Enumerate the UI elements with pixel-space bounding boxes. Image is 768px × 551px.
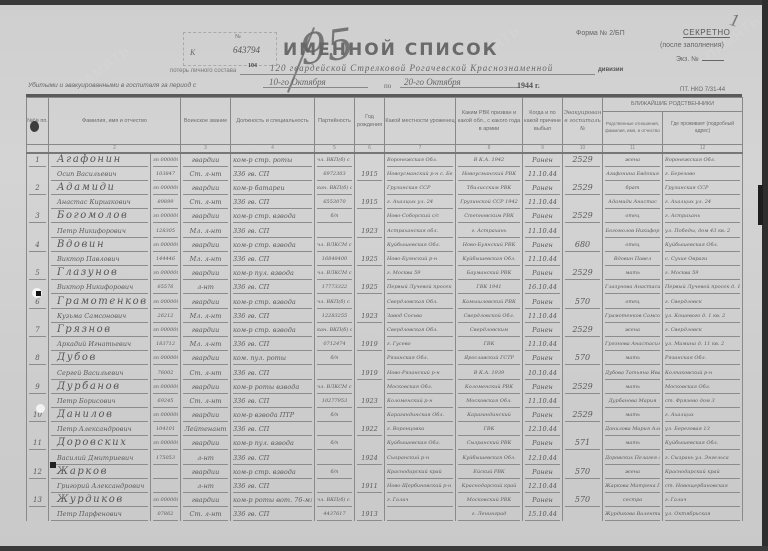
- table-row: 7Грязновзп 000000гвардииком-р стр. взвод…: [27, 323, 743, 337]
- cell-year: 1915: [355, 167, 385, 181]
- rvk-text: Московский РВК: [458, 494, 520, 507]
- code-text: 104101: [153, 423, 178, 436]
- rvk-text: Ярославский ГСТР: [458, 352, 520, 365]
- cell-num: 4: [27, 238, 49, 252]
- table-row: Петр Борисович69245Ст. л-нт336 гв. СП102…: [27, 394, 743, 408]
- party-text: [317, 452, 352, 465]
- cell-year: [355, 408, 385, 422]
- cell-relative: мать: [603, 380, 663, 394]
- num-text: [29, 226, 46, 238]
- cell-rank: Мл. л-нт: [181, 252, 231, 266]
- cell-rvk: Коломенский РВК: [456, 380, 523, 394]
- relative-text: Жаркова Матрена Петровна: [605, 480, 660, 493]
- year-text: [357, 495, 382, 507]
- hospital-text: [565, 424, 600, 436]
- relative-text: Дурбанова Мария: [605, 395, 660, 408]
- col-header-birth-year: Год рождения: [355, 98, 385, 145]
- when-text: 15.10.44: [525, 508, 560, 521]
- cell-relative: мать: [603, 408, 663, 422]
- num-text: [29, 254, 46, 266]
- rank-text: гвардии: [183, 381, 228, 394]
- cell-party: б/п: [315, 465, 355, 479]
- party-text: б/п: [317, 437, 352, 450]
- cell-hospital: 570: [563, 294, 603, 308]
- year-text: [357, 382, 382, 394]
- code-text: зп 000000: [153, 437, 178, 450]
- position-text: 336 гв. СП: [233, 367, 312, 380]
- cell-position: 336 гв. СП: [231, 450, 315, 464]
- cell-party: чл. ВЛКСМ с 1939: [315, 238, 355, 252]
- address-text: ст. Новощербиновская: [665, 480, 740, 493]
- rank-text: л-нт: [183, 480, 228, 493]
- cell-hospital: [563, 252, 603, 266]
- rvk-text: Бауманский РВК: [458, 267, 520, 280]
- code-text: 69245: [153, 395, 178, 408]
- year-text: 1915: [357, 196, 382, 209]
- cell-rvk: г. Ленинград: [456, 507, 523, 521]
- address-text: Грузинская ССР: [665, 182, 740, 195]
- birthplace-text: Карагандинская Обл.: [387, 409, 453, 422]
- year-text: 1924: [357, 452, 382, 465]
- col-header-num: №№ пп.: [27, 98, 49, 145]
- birthplace-text: Сызранский р-н: [387, 452, 453, 465]
- party-text: [317, 367, 352, 380]
- code-text: зп 000000: [153, 324, 178, 337]
- cell-num: [27, 309, 49, 323]
- cell-birthplace: Сызранский р-н: [385, 450, 456, 464]
- cell-address: Первый Лучевой просек д. 15/16 кв. 45: [663, 280, 743, 294]
- relative-text: Богомолов Никифор: [605, 225, 660, 238]
- position-text: 336 гв. СП: [233, 508, 312, 521]
- cell-year: 1915: [355, 195, 385, 209]
- cell-position: 336 гв. СП: [231, 195, 315, 209]
- col-num: 3: [181, 145, 231, 153]
- cell-code: 175053: [151, 450, 181, 464]
- cell-year: 1925: [355, 280, 385, 294]
- cell-birthplace: Свердловская Обл.: [385, 323, 456, 337]
- cell-rank: Ст. л-нт: [181, 394, 231, 408]
- birthplace-text: Первый Лучевой просек дом 15/16: [387, 281, 453, 294]
- cell-rvk: Степновским РВК: [456, 209, 523, 223]
- hospital-text: 2529: [565, 182, 600, 195]
- rvk-text: Московская Обл.: [458, 395, 520, 408]
- cell-num: [27, 479, 49, 493]
- cell-year: 1919: [355, 337, 385, 351]
- cell-rvk: Камышловский РВК: [456, 294, 523, 308]
- when-text: Ранен: [525, 182, 560, 195]
- relative-text: Журдикова Валентина Парфеновна: [605, 508, 660, 521]
- cell-year: [355, 153, 385, 167]
- num-text: [29, 424, 46, 436]
- cell-rank: гвардии: [181, 351, 231, 365]
- rvk-text: Новоусманский РВК: [458, 168, 520, 181]
- cell-rvk: Куйбышевская Обл.: [456, 450, 523, 464]
- cell-rvk: ГВК: [456, 422, 523, 436]
- cell-position: 336 гв. СП: [231, 507, 315, 521]
- relative-text: мать: [605, 381, 660, 394]
- position-text: ком-р стр. взвода: [233, 324, 312, 337]
- ink-blot: [50, 462, 56, 468]
- cell-relative: отец: [603, 209, 663, 223]
- cell-birthplace: г. Галич: [385, 493, 456, 507]
- cell-num: [27, 223, 49, 237]
- birthplace-text: Свердловская Обл.: [387, 324, 453, 337]
- year-label: 1944 г.: [517, 81, 540, 90]
- cell-position: ком-р стр. взвода: [231, 209, 315, 223]
- surname-text: Дубов: [51, 352, 148, 365]
- given-name-text: Анастас Кириакович: [51, 196, 148, 209]
- cell-when: Ранен: [523, 493, 563, 507]
- year-text: [357, 211, 382, 223]
- address-text: Краснодарский край: [665, 466, 740, 479]
- year-text: 1915: [357, 168, 382, 181]
- ink-blot: [30, 121, 39, 132]
- cell-rank: Ст. л-нт: [181, 167, 231, 181]
- form-number: Форма № 2/БП: [576, 30, 625, 37]
- address-text: г. Ахалцых: [665, 409, 740, 422]
- cell-birthplace: Свердловская Обл.: [385, 294, 456, 308]
- code-text: 76002: [153, 367, 178, 380]
- address-text: г. Сызрань ул. Энгельса: [665, 452, 740, 465]
- given-name-text: Григорий Александрович: [51, 480, 148, 493]
- cell-birthplace: г. Гусево: [385, 337, 456, 351]
- position-text: ком-р взвода ПТР: [233, 409, 312, 422]
- cell-birthplace: Ново-Щербиновский р-н: [385, 479, 456, 493]
- cell-position: ком-р роты вот. 76-мм: [231, 493, 315, 507]
- when-text: Ранен: [525, 267, 560, 280]
- rank-text: л-нт: [183, 281, 228, 294]
- relative-text: Грамотенков Самсон Тимофеевич: [605, 310, 660, 323]
- cell-address: ст. Фрязево дом 3: [663, 394, 743, 408]
- col-num: 5: [315, 145, 355, 153]
- rank-text: гвардии: [183, 324, 228, 337]
- cell-rvk: Краснодарский край: [456, 479, 523, 493]
- cell-year: [355, 465, 385, 479]
- year-text: [357, 353, 382, 365]
- cell-relative: Доровских Пелагея Андреевна: [603, 450, 663, 464]
- rank-text: гвардии: [183, 296, 228, 309]
- code-text: 26212: [153, 310, 178, 323]
- cell-given-name: Петр Александрович: [49, 422, 151, 436]
- cell-rank: л-нт: [181, 450, 231, 464]
- cell-rvk: В К.А. 1939: [456, 365, 523, 379]
- rvk-text: ГВК: [458, 423, 520, 436]
- when-text: 11.10.44: [525, 310, 560, 323]
- address-text: г. Москва 59: [665, 267, 740, 280]
- position-text: 336 гв. СП: [233, 310, 312, 323]
- cell-party: [315, 422, 355, 436]
- year-text: [357, 155, 382, 167]
- when-text: 11.10.44: [525, 338, 560, 351]
- cell-party: [315, 223, 355, 237]
- cell-birthplace: Завод Сосьва: [385, 309, 456, 323]
- when-text: Ранен: [525, 324, 560, 337]
- table-row: Василий Дмитриевич175053л-нт336 гв. СП 1…: [27, 450, 743, 464]
- cell-address: Рязанская Обл.: [663, 351, 743, 365]
- cell-birthplace: Московская Обл.: [385, 380, 456, 394]
- cell-rvk: Московская Обл.: [456, 394, 523, 408]
- cell-when: Ранен: [523, 209, 563, 223]
- copy-number: Экз. №: [676, 56, 724, 63]
- surname-text: Адамиди: [51, 182, 148, 195]
- party-text: [317, 480, 352, 493]
- table-row: Аркадий Игнатьевич183712Мл. л-нт336 гв. …: [27, 337, 743, 351]
- cell-rvk: Свердловской Обл.: [456, 309, 523, 323]
- cell-surname: Журдиков: [49, 493, 151, 507]
- cell-num: [27, 252, 49, 266]
- num-text: [29, 368, 46, 380]
- cell-relative: Дубова Татьяна Ивановна: [603, 365, 663, 379]
- position-text: ком-р стр. взвода: [233, 296, 312, 309]
- cell-position: 336 гв. СП: [231, 252, 315, 266]
- when-text: 12.10.44: [525, 423, 560, 436]
- cell-hospital: [563, 450, 603, 464]
- cell-surname: Данилов: [49, 408, 151, 422]
- cell-relative: мать: [603, 436, 663, 450]
- cell-address: Воронежская Обл.: [663, 153, 743, 167]
- position-text: 336 гв. СП: [233, 253, 312, 266]
- hospital-text: [565, 509, 600, 521]
- cell-given-name: Виктор Павлович: [49, 252, 151, 266]
- cell-year: 1925: [355, 252, 385, 266]
- rvk-text: Краснодарский край: [458, 480, 520, 493]
- cell-address: г. Ахалцых ул. 24: [663, 195, 743, 209]
- cell-given-name: Кузьма Самсонович: [49, 309, 151, 323]
- rvk-text: г. Ленинград: [458, 508, 520, 521]
- cell-address: ул. Мамина д. 11 кв. 2: [663, 337, 743, 351]
- col-num: 10: [563, 145, 603, 153]
- cell-relative: сестра: [603, 493, 663, 507]
- rank-text: гвардии: [183, 437, 228, 450]
- cell-given-name: Виктор Никифорович: [49, 280, 151, 294]
- code-text: 128305: [153, 225, 178, 238]
- cell-birthplace: Первый Лучевой просек дом 15/16: [385, 280, 456, 294]
- when-text: 11.10.44: [525, 395, 560, 408]
- code-text: 144446: [153, 253, 178, 266]
- cell-address: ул. Кошевого д. 1 кв. 2: [663, 309, 743, 323]
- relative-text: отец: [605, 210, 660, 223]
- num-text: [29, 169, 46, 181]
- when-text: Ранен: [525, 494, 560, 507]
- cell-rvk: В К.А. 1942: [456, 153, 523, 167]
- year-text: 1923: [357, 225, 382, 238]
- surname-text: Данилов: [51, 409, 148, 422]
- hospital-text: [565, 254, 600, 266]
- cell-rank: л-нт: [181, 479, 231, 493]
- cell-party: б/п: [315, 436, 355, 450]
- rvk-text: Ново-Буянский РВК: [458, 239, 520, 252]
- cell-birthplace: Воронежская Обл.: [385, 153, 456, 167]
- cell-when: Ранен: [523, 465, 563, 479]
- hospital-text: 680: [565, 239, 600, 252]
- cell-rank: Ст. л-нт: [181, 507, 231, 521]
- cell-relative: жена: [603, 153, 663, 167]
- cell-code: зп 000000: [151, 323, 181, 337]
- cell-when: 15.10.44: [523, 507, 563, 521]
- year-text: [357, 268, 382, 280]
- cell-hospital: 680: [563, 238, 603, 252]
- table-row: 13Журдиковзп 000000гвардииком-р роты вот…: [27, 493, 743, 507]
- cell-hospital: 571: [563, 436, 603, 450]
- rank-text: гвардии: [183, 466, 228, 479]
- cell-num: 2: [27, 181, 49, 195]
- cell-year: [355, 209, 385, 223]
- position-text: 336 гв. СП: [233, 281, 312, 294]
- surname-text: Глазунов: [51, 267, 148, 280]
- cell-rank: гвардии: [181, 380, 231, 394]
- party-text: 17773322: [317, 281, 352, 294]
- code-text: зп 000000: [153, 267, 178, 280]
- table-body: 1Агафонинзп 000000гвардииком-р стр. роты…: [27, 153, 743, 522]
- rvk-text: г. Астрахань: [458, 225, 520, 238]
- when-text: Ранен: [525, 154, 560, 167]
- losses-label: потерь личного состава: [170, 68, 236, 74]
- cell-address: ул. Октябрьская: [663, 507, 743, 521]
- relative-text: сестра: [605, 494, 660, 507]
- binding-mark: [758, 185, 763, 225]
- cell-address: Краснодарский край: [663, 465, 743, 479]
- cell-address: Грузинская ССР: [663, 181, 743, 195]
- cell-birthplace: Коломенский р-н: [385, 394, 456, 408]
- cell-rank: Ст. л-нт: [181, 365, 231, 379]
- relative-text: мать: [605, 437, 660, 450]
- cell-rvk: Ейский РВК: [456, 465, 523, 479]
- when-text: 12.10.44: [525, 452, 560, 465]
- num-text: 2: [29, 182, 46, 195]
- party-text: 12283255: [317, 310, 352, 323]
- when-text: 11.10.44: [525, 196, 560, 209]
- cell-hospital: 2529: [563, 209, 603, 223]
- hospital-text: 570: [565, 352, 600, 365]
- cell-surname: Дубов: [49, 351, 151, 365]
- cell-year: [355, 266, 385, 280]
- code-text: 07862: [153, 508, 178, 521]
- address-text: ул. Победы, дом 43 кв. 2: [665, 225, 740, 238]
- birthplace-text: Грузинская ССР: [387, 182, 453, 195]
- cell-when: 12.10.44: [523, 422, 563, 436]
- cell-position: ком-р взвода ПТР: [231, 408, 315, 422]
- rvk-text: Коломенский РВК: [458, 381, 520, 394]
- hospital-text: [565, 396, 600, 408]
- col-header-party: Партийность: [315, 98, 355, 145]
- cell-birthplace: Ново-Рязанский р-н: [385, 365, 456, 379]
- cell-num: 8: [27, 351, 49, 365]
- address-text: ул. Мамина д. 11 кв. 2: [665, 338, 740, 351]
- cell-num: 1: [27, 153, 49, 167]
- code-text: зп 000000: [153, 239, 178, 252]
- address-text: г. Березово: [665, 168, 740, 181]
- party-text: чл. ВЛКСМ с 1942: [317, 381, 352, 394]
- cell-address: ул. Победы, дом 43 кв. 2: [663, 223, 743, 237]
- cell-code: 65576: [151, 280, 181, 294]
- relative-text: мать: [605, 409, 660, 422]
- when-text: 11.10.44: [525, 253, 560, 266]
- cell-given-name: Григорий Александрович: [49, 479, 151, 493]
- cell-party: чл. ВЛКСМ с 1942: [315, 380, 355, 394]
- num-text: 7: [29, 324, 46, 337]
- rvk-text: Свердловской Обл.: [458, 310, 520, 323]
- surname-text: Дурбанов: [51, 381, 148, 394]
- cell-birthplace: Астраханская обл.: [385, 223, 456, 237]
- surname-text: Доровских: [51, 437, 148, 450]
- relative-text: жена: [605, 154, 660, 167]
- cell-year: [355, 323, 385, 337]
- position-text: ком-р стр. роты: [233, 154, 312, 167]
- cell-relative: брат: [603, 181, 663, 195]
- cell-code: зп 000000: [151, 238, 181, 252]
- scan-edge-top: [0, 0, 768, 5]
- cell-position: ком-р пул. взвода: [231, 436, 315, 450]
- num-text: [29, 481, 46, 493]
- position-text: ком-р стр. взвода: [233, 466, 312, 479]
- cell-given-name: Анастас Кириакович: [49, 195, 151, 209]
- cell-year: 1911: [355, 479, 385, 493]
- cell-rank: Мл. л-нт: [181, 337, 231, 351]
- code-text: 65576: [153, 281, 178, 294]
- num-text: [29, 197, 46, 209]
- when-text: Ранен: [525, 239, 560, 252]
- cell-rvk: Ново-Буянский РВК: [456, 238, 523, 252]
- position-text: 336 гв. СП: [233, 338, 312, 351]
- col-header-hospital: Эвакуирован в госпиталь №: [563, 98, 603, 145]
- hospital-text: [565, 282, 600, 294]
- cell-rank: гвардии: [181, 408, 231, 422]
- cell-year: 1919: [355, 365, 385, 379]
- hospital-text: [565, 481, 600, 493]
- table-row: Петр Парфенович07862Ст. л-нт336 гв. СП44…: [27, 507, 743, 521]
- year-text: [357, 297, 382, 309]
- cell-address: с. Сухие Овраги: [663, 252, 743, 266]
- birthplace-text: Ново-Рязанский р-н: [387, 367, 453, 380]
- cell-address: ул. Береговая 13: [663, 422, 743, 436]
- cell-party: 16848400: [315, 252, 355, 266]
- cell-relative: отец: [603, 294, 663, 308]
- col-header-relative-name: Родственные отношения, фамилия, имя, и о…: [603, 112, 663, 145]
- cell-year: [355, 436, 385, 450]
- cell-birthplace: Куйбышевская Обл.: [385, 238, 456, 252]
- cell-address: г. Сызрань ул. Энгельса: [663, 450, 743, 464]
- table-row: 2Адамидизп 000000гвардииком-р батареикан…: [27, 181, 743, 195]
- num-text: 11: [29, 437, 46, 450]
- cell-hospital: 2529: [563, 266, 603, 280]
- relative-text: отец: [605, 239, 660, 252]
- birthplace-text: Ново-Буянский р-н: [387, 253, 453, 266]
- address-text: Колпаковский р-н: [665, 367, 740, 380]
- cell-party: чл. ВКП(б) с 1941: [315, 294, 355, 308]
- cell-rvk: Грузинской ССР 1942: [456, 195, 523, 209]
- cell-code: зп 000000: [151, 351, 181, 365]
- num-text: 1: [29, 154, 46, 167]
- birthplace-text: Московская Обл.: [387, 381, 453, 394]
- address-text: г. Свердловск: [665, 296, 740, 309]
- cell-when: 11.10.44: [523, 309, 563, 323]
- scan-edge-right: [762, 0, 768, 551]
- party-text: чл. ВЛКСМ с 1939: [317, 239, 352, 252]
- cell-code: зп 000000: [151, 153, 181, 167]
- table-row: 8Дубовзп 000000гвардииком. пул. ротыб/п …: [27, 351, 743, 365]
- birthplace-text: Краснодарский край: [387, 466, 453, 479]
- cell-num: 11: [27, 436, 49, 450]
- cell-hospital: [563, 507, 603, 521]
- cell-code: зп 000000: [151, 181, 181, 195]
- cell-hospital: [563, 167, 603, 181]
- given-name-text: Кузьма Самсонович: [51, 310, 148, 323]
- cell-num: [27, 422, 49, 436]
- cell-rank: Мл. л-нт: [181, 223, 231, 237]
- hospital-text: 570: [565, 466, 600, 479]
- cell-given-name: Осип Васильевич: [49, 167, 151, 181]
- table-row: 3Богомоловзп 000000гвардииком-р стр. взв…: [27, 209, 743, 223]
